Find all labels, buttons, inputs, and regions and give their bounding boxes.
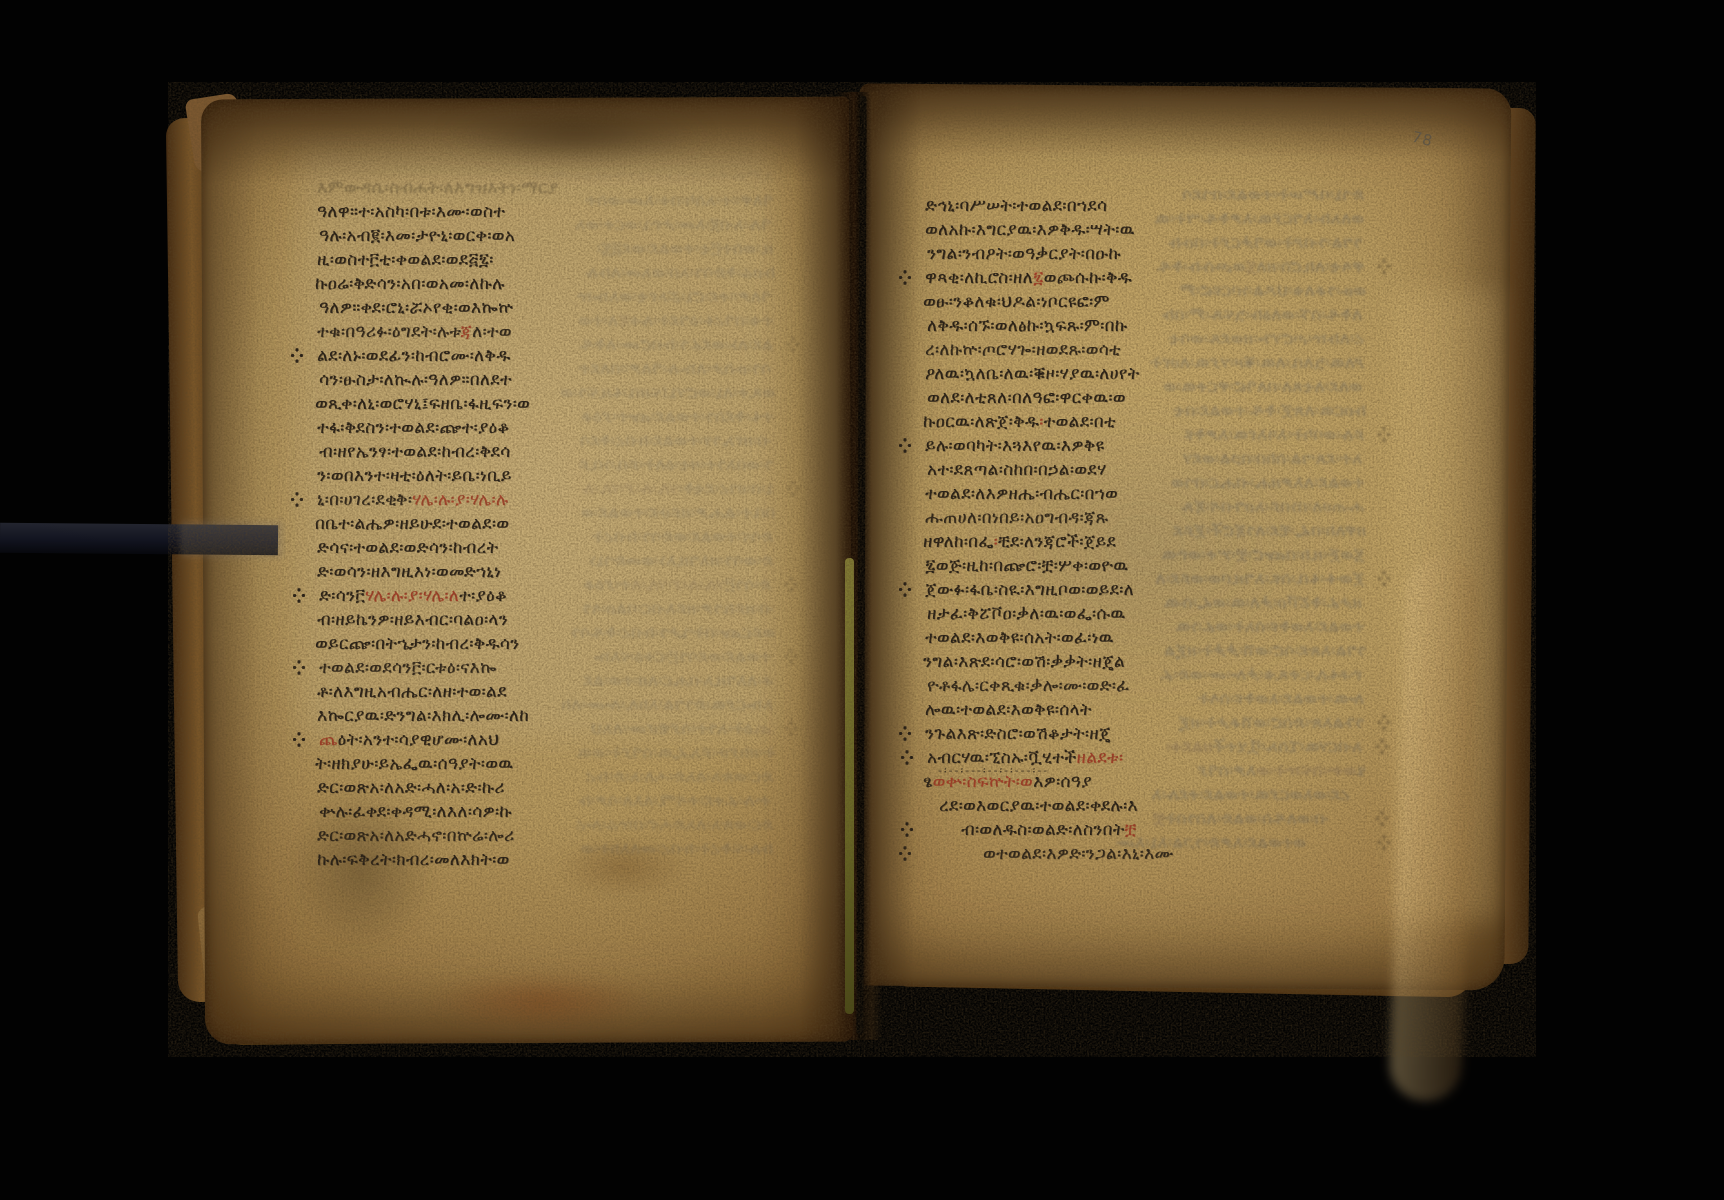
- text-line: ጀውፉ፡ፋቤ፡ስዪ፡እግዚቦወ፡ወይደ፡ለ: [925, 578, 1370, 602]
- ink-text: ተወልደ፡ለእዎዘሔ፡ብሔር፡በኀወ: [925, 484, 1118, 504]
- section-mark-icon: [292, 587, 306, 604]
- rubric-text: ፯: [1033, 268, 1044, 288]
- text-line: ቍሉ፡ፈቀደ፡ቀዳሚ፡ለእለ፡ሳዎ፡ኩ: [319, 800, 781, 824]
- text-line: ዓለዎ።ቀደ፡ሮኒ፡ሯኦየቂ፡ወእኰኵ: [319, 296, 781, 320]
- section-mark-icon: [898, 725, 912, 742]
- ink-text: ንጉልእጽ፡ድስሮ፡ወሽቆታት፡ዘጄ: [925, 724, 1111, 744]
- text-line: ሑጠሀለ፡በነበይ፡አዐግብዳ፡ጃጹ: [925, 506, 1370, 530]
- section-mark-icon: [1377, 258, 1391, 275]
- ink-text: ዓለዋ።ተ፡አስካ፡በቱ፡እሙ፡ወስተ: [317, 202, 505, 222]
- ink-text: ብ፡ዘየኤንፃ፡ተወልደ፡ከብረ፡ቅደሳ: [319, 442, 511, 462]
- section-mark-icon: [292, 731, 306, 748]
- ink-text: ድር፡ወጽአ፡ለአድሓኖ፡በኵሬ፡ሎሪ: [317, 826, 514, 846]
- text-line: ዘታፈ፡ቅፘቮዐ፡ቃለ፡ዉ፡ወፌ፡ሱዉ: [927, 602, 1372, 626]
- section-mark-icon: [1377, 714, 1391, 731]
- ink-text: ረ፡ለኩኵ፡ጦሮሃጐ፡ዘወደጹ፡ወሳቲ: [925, 340, 1121, 360]
- text-line: ሎዉ፡ተወልደ፡እወቅዩ፡ሰላት: [925, 698, 1370, 722]
- text-line: ተፋ፡ቅደስን፡ተወልደ፡ጬተ፡ያዕቆ: [317, 416, 779, 440]
- ink-text: ረደ፡ወእወርያዉ፡ተወልደ፡ቀደሉ፡እ: [939, 796, 1138, 816]
- text-line: በቤተ፡ልሔዎ፡ዘይሁደ፡ተወልደ፡ወ: [315, 512, 777, 536]
- section-mark-icon: [784, 576, 798, 593]
- text-line: ዋጻቂ፡ለኪሮስ፡ዘለ፯ወጮሱኩ፡ቅዱ: [925, 266, 1370, 290]
- text-line: ጨዕት፡አንተ፡ሳያዊሆሙ፡ለአህ: [319, 728, 781, 752]
- text-line: ፯ወጅ፡ዚከ፡በጬሮ፡ቿ፡ሦቀ፡ወዮዉ: [925, 554, 1370, 578]
- ink-text: ኩዐሬ፡ቅድሳን፡አበ፡ወአመ፡ለኩሉ: [315, 274, 505, 294]
- text-line: ዓሉ፡አብ፪፡እመ፡ታዮኒ፡ወርቀ፡ወአ: [319, 224, 781, 248]
- text-line: ንግል፡ንብዖት፡ወዓቃርያት፡በዑኩ: [927, 242, 1372, 266]
- ink-text: ዮቶፋሌ፡ርቀጺቁ፡ቃሎ፡ሙ፡ወድ፡ፈ: [927, 676, 1129, 696]
- ink-text: ብ፡ዘይኬንዎ፡ዘይእብር፡ባልዐ፡ላን: [317, 610, 508, 630]
- ink-text: ፄ: [923, 772, 933, 792]
- text-line: ብ፡ዘየኤንፃ፡ተወልደ፡ከብረ፡ቅደሳ: [319, 440, 781, 464]
- section-mark-icon: [786, 336, 800, 353]
- ink-text: ብ፡ወለዱስ፡ወልድ፡ለስንበት: [961, 820, 1125, 840]
- ink-text: ድ፡ወሳን፡ዘእግዚእነ፡ወመድኀኒነ: [317, 562, 501, 582]
- text-line: ረ፡ለኩኵ፡ጦሮሃጐ፡ዘወደጹ፡ወሳቲ: [925, 338, 1370, 362]
- ink-text: ድሳና፡ተወልደ፡ወድሳን፡ከብረት: [317, 538, 498, 558]
- ink-text: ቍሉ፡ፈቀደ፡ቀዳሚ፡ለእለ፡ሳዎ፡ኩ: [319, 802, 512, 822]
- text-line: ወለደ፡ለቲጸለ፡በለዓፎ፡ዋርቀዉ፡ወ: [927, 386, 1372, 410]
- ink-text: በቤተ፡ልሔዎ፡ዘይሁደ፡ተወልደ፡ወ: [315, 514, 509, 534]
- text-line: ይሉ፡ወባካት፡እጓእየዉ፡እዎቅዩ: [925, 434, 1370, 458]
- ink-text: ንግል፡ንብዖት፡ወዓቃርያት፡በዑኩ: [927, 244, 1121, 264]
- text-line: ዘዋለከ፡በፌ፡ቺደ፡ለንጃሮች፡ጀይደ: [923, 530, 1368, 554]
- ink-text: ተወልደ፡ወደሳን፫፡ርቱዕ፡ናእኰ: [319, 658, 497, 678]
- rubric-text: ዘልደቱ፡: [1077, 748, 1124, 768]
- ink-text: ጀውፉ፡ፋቤ፡ስዪ፡እግዚቦወ፡ወይደ፡ለ: [925, 580, 1134, 600]
- text-line: ተወልደ፡እወቅዩ፡ሰአት፡ወፈ፡ነዉ: [925, 626, 1370, 650]
- section-mark-icon: [1377, 426, 1391, 443]
- ink-text: ዘዋለከ፡በፌ: [923, 532, 994, 552]
- text-line: ኩዐርዉ፡ለጽጀ፡ቅዱ፡ተወልደ፡በቲ: [923, 410, 1368, 434]
- text-line: እምውዳሴ፡ስብሐት፡ለእግዝእትነ፡ማርያ: [317, 176, 779, 200]
- text-line: ልደ፡ለኑ፡ወደፊን፡ከብሮሙ፡ለቅዱ: [317, 344, 779, 368]
- ink-text: ተወልደ፡በቲ: [1044, 412, 1116, 432]
- ink-text: ድ፡ሳን፫: [319, 586, 365, 606]
- text-line: ድሳና፡ተወልደ፡ወድሳን፡ከብረት: [317, 536, 779, 560]
- section-mark-icon: [898, 269, 912, 286]
- ink-text: ዓለዎ።ቀደ፡ሮኒ፡ሯኦየቂ፡ወእኰኵ: [319, 298, 513, 318]
- ink-text: ንግል፡እጽደ፡ሳሮ፡ወሽ፡ቃቃት፡ዘጄል: [923, 652, 1125, 672]
- gutter-olive-page-edge: [845, 558, 854, 1014]
- section-mark-icon: [898, 437, 912, 454]
- ink-text: ፯ወጅ፡ዚከ፡በጬሮ፡ቿ፡ሦቀ፡ወዮዉ: [925, 556, 1128, 576]
- ink-text: ድር፡ወጽአ፡ለአድ፡ሓለ፡አ፡ድ፡ኩሪ: [317, 778, 505, 798]
- ink-text: ልደ፡ለኑ፡ወደፊን፡ከብሮሙ፡ለቅዱ: [317, 346, 511, 366]
- ink-text: እምውዳሴ፡ስብሐት፡ለእግዝእትነ፡ማርያ: [317, 178, 558, 198]
- text-line: ኒ፡በ፡ሀገረ፡ደቂቅ፡ሃሌ፡ሉ፡ያ፡ሃሌ፡ሉ: [317, 488, 779, 512]
- section-mark-icon: [786, 480, 800, 497]
- text-line: ብ፡ዘይኬንዎ፡ዘይእብር፡ባልዐ፡ላን: [317, 608, 779, 632]
- section-mark-icon: [900, 749, 914, 766]
- text-line: ዮቶፋሌ፡ርቀጺቁ፡ቃሎ፡ሙ፡ወድ፡ፈ: [927, 674, 1372, 698]
- ink-text: ተወልደ፡እወቅዩ፡ሰአት፡ወፈ፡ነዉ: [925, 628, 1114, 648]
- ink-text: ተ፡ያዕቆ: [459, 586, 507, 606]
- ink-text: ለ፡ተወ: [472, 322, 512, 342]
- ink-text: ቶ፡ለእግዚአብሔር፡ለዘ፡ተወ፡ልደ: [317, 682, 507, 702]
- section-mark-icon: [784, 720, 798, 737]
- ink-text: እኰርያዉ፡ድንግል፡እክሊ፡ሎሙ፡ለከ: [317, 706, 529, 726]
- text-line: አተ፡ደጸጣል፡ስከበ፡በኃል፡ወደሃ: [927, 458, 1372, 482]
- text-line: ድ፡ሳን፫ሃሌ፡ሉ፡ያ፡ሃሌ፡ለተ፡ያዕቆ: [319, 584, 781, 608]
- ink-text: ወይርጬ፡በትኄታን፡ከብረ፡ቅዱሳን: [315, 634, 519, 654]
- ink-text: ዘታፈ፡ቅፘቮዐ፡ቃለ፡ዉ፡ወፌ፡ሱዉ: [927, 604, 1126, 624]
- ink-text: ተፋ፡ቅደስን፡ተወልደ፡ጬተ፡ያዕቆ: [317, 418, 509, 438]
- ink-text: ኒ፡በ፡ሀገረ፡ደቂቅ፡: [317, 490, 412, 510]
- ink-text: ሑጠሀለ፡በነበይ፡አዐግብዳ፡ጃጹ: [925, 508, 1108, 528]
- text-line: ድኅኒ፡ባሥሠት፡ተወልደ፡በኀደሳ: [925, 194, 1370, 218]
- text-line: ወፁ፡ንቆለቁ፡ህዶል፡ነቦርዩፎ፡ም: [923, 290, 1368, 314]
- text-line: ዚ፡ወስተ፫ቲ፡ቀወልደ፡ወደ፭፯፡: [317, 248, 779, 272]
- ink-text: ወፁ፡ንቆለቁ፡ህዶል፡ነቦርዩፎ፡ም: [923, 292, 1110, 312]
- ink-text: ቺደ፡ለንጃሮች፡ጀይደ: [998, 532, 1116, 552]
- text-line: ንጉልእጽ፡ድስሮ፡ወሽቆታት፡ዘጄ: [925, 722, 1370, 746]
- text-line: ተወልደ፡ወደሳን፫፡ርቱዕ፡ናእኰ: [319, 656, 781, 680]
- text-line: እኰርያዉ፡ድንግል፡እክሊ፡ሎሙ፡ለከ: [317, 704, 779, 728]
- ink-text: ይሉ፡ወባካት፡እጓእየዉ፡እዎቅዩ: [925, 436, 1104, 456]
- rubric-text: ጃ: [461, 322, 473, 342]
- text-line: ወይርጬ፡በትኄታን፡ከብረ፡ቅዱሳን: [315, 632, 777, 656]
- text-line: ተወልደ፡ለእዎዘሔ፡ብሔር፡በኀወ: [925, 482, 1370, 506]
- ink-text: ን፡ወበእንተ፡ዛቲ፡ዕለት፡ይቤ፡ነቢይ: [317, 466, 512, 486]
- text-line: ዓለዋ።ተ፡አስካ፡በቱ፡እሙ፡ወስተ: [317, 200, 779, 224]
- ink-text: ዚ፡ወስተ፫ቲ፡ቀወልደ፡ወደ፭፯፡: [317, 250, 494, 270]
- text-line: ኩዐሬ፡ቅድሳን፡አበ፡ወአመ፡ለኩሉ: [315, 272, 777, 296]
- section-mark-icon: [784, 648, 798, 665]
- text-line: ድር፡ወጽአ፡ለአድሓኖ፡በኵሬ፡ሎሪ: [317, 824, 779, 848]
- section-mark-icon: [1375, 738, 1389, 755]
- ink-text: ወለአኩ፡እግርያዉ፡እዎቅዱ፡ሣት፡ዉ: [925, 220, 1135, 240]
- text-line: ቶ፡ለእግዚአብሔር፡ለዘ፡ተወ፡ልደ: [317, 680, 779, 704]
- ink-text: ወጺቀ፡ለኒ፡ወሮሃኒ፤ፍዘቤ፡ፋዚፍን፡ወ: [315, 394, 530, 414]
- ink-text: ዖለዉ፡ኳለቤ፡ለዉ፡ቑዞ፡ሃያዉ፡ለሀየት: [925, 364, 1140, 384]
- section-mark-icon: [898, 845, 912, 862]
- text-line: ረደ፡ወእወርያዉ፡ተወልደ፡ቀደሉ፡እ: [925, 794, 1370, 818]
- ink-text: ወጮሱኩ፡ቅዱ: [1044, 268, 1132, 288]
- ink-text: ወለደ፡ለቲጸለ፡በለዓፎ፡ዋርቀዉ፡ወ: [927, 388, 1126, 408]
- section-mark-icon: [898, 581, 912, 598]
- ink-text: ዋጻቂ፡ለኪሮስ፡ዘለ: [925, 268, 1033, 288]
- text-line: ድር፡ወጽአ፡ለአድ፡ሓለ፡አ፡ድ፡ኩሪ: [317, 776, 779, 800]
- rubric-text: ጨ: [319, 730, 338, 750]
- book-strap: [0, 523, 278, 555]
- ink-text: ወተወልደ፡እዎድ፡ንጋል፡እኒ፡እሙ: [983, 844, 1174, 864]
- rubric-text: ቿ: [1125, 820, 1137, 840]
- ink-text: ዕት፡አንተ፡ሳያዊሆሙ፡ለአህ: [338, 730, 500, 750]
- ink-text: ድኅኒ፡ባሥሠት፡ተወልደ፡በኀደሳ: [925, 196, 1107, 216]
- ink-text: ተቁ፡በዓሪፉ፡ዕግደት፡ሉቱ: [317, 322, 461, 342]
- ink-text: ሎዉ፡ተወልደ፡እወቅዩ፡ሰላት: [925, 700, 1092, 720]
- ink-text: ት፡ዘክያሁ፡ይኤፌዉ፡ሰዓያት፡ወዉ: [315, 754, 513, 774]
- text-line: ንግል፡እጽደ፡ሳሮ፡ወሽ፡ቃቃት፡ዘጄል: [923, 650, 1368, 674]
- section-mark-icon: [292, 659, 306, 676]
- section-mark-icon: [1375, 810, 1389, 827]
- section-mark-icon: [1377, 834, 1391, 851]
- text-line: ብ፡ወለዱስ፡ወልድ፡ለስንበትቿ: [927, 818, 1372, 842]
- rubric-text: ሃሌ፡ሉ፡ያ፡ሃሌ፡ለ: [365, 586, 459, 606]
- text-line: ወጺቀ፡ለኒ፡ወሮሃኒ፤ፍዘቤ፡ፋዚፍን፡ወ: [315, 392, 777, 416]
- text-line: ሳን፡ፁስታ፡ለኲሉ፡ዓለዎ።በለደተ: [319, 368, 781, 392]
- text-line: ድ፡ወሳን፡ዘእግዚእነ፡ወመድኀኒነ: [317, 560, 779, 584]
- ink-text: ኩዐርዉ፡ለጽጀ፡ቅዱ: [923, 412, 1039, 432]
- section-mark-icon: [290, 347, 304, 364]
- text-line: ን፡ወበእንተ፡ዛቲ፡ዕለት፡ይቤ፡ነቢይ: [317, 464, 779, 488]
- rubric-text: ሃሌ፡ሉ፡ያ፡ሃሌ፡ሉ: [412, 490, 508, 510]
- ink-text: ለቅዱ፡ሰኙ፡ወለፅኩ፡ኳፍጹ፡ም፡በኩ: [927, 316, 1127, 336]
- section-mark-icon: [290, 491, 304, 508]
- left-page-text-block: እምውዳሴ፡ስብሐት፡ለእግዝእትነ፡ማርያዓለዋ።ተ፡አስካ፡በቱ፡እሙ፡ወስ…: [317, 176, 779, 872]
- text-line: ወተወልደ፡እዎድ፡ንጋል፡እኒ፡እሙ: [925, 842, 1370, 866]
- text-line: ለቅዱ፡ሰኙ፡ወለፅኩ፡ኳፍጹ፡ም፡በኩ: [927, 314, 1372, 338]
- interlinear-correction-marks: -፡--፡---፡--፡-፡---፡--: [938, 764, 1049, 778]
- text-line: ዖለዉ፡ኳለቤ፡ለዉ፡ቑዞ፡ሃያዉ፡ለሀየት: [925, 362, 1370, 386]
- ink-text: ኩሉ፡ፍቅረት፡ክብረ፡መለእክት፡ወ: [317, 850, 510, 870]
- text-line: ተቁ፡በዓሪፉ፡ዕግደት፡ሉቱጃለ፡ተወ: [317, 320, 779, 344]
- text-line: ት፡ዘክያሁ፡ይኤፌዉ፡ሰዓያት፡ወዉ: [315, 752, 777, 776]
- ink-text: ዓሉ፡አብ፪፡እመ፡ታዮኒ፡ወርቀ፡ወአ: [319, 226, 515, 246]
- manuscript-photo: እምውዳሴ፡ስብሐት፡ለእግዝእትነ፡ማርያዓለዋ።ተ፡አስካ፡በቱ፡እሙ፡ወስ…: [0, 0, 1724, 1200]
- section-mark-icon: [900, 821, 914, 838]
- ink-text: አተ፡ደጸጣል፡ስከበ፡በኃል፡ወደሃ: [927, 460, 1106, 480]
- text-line: ወለአኩ፡እግርያዉ፡እዎቅዱ፡ሣት፡ዉ: [925, 218, 1370, 242]
- section-mark-icon: [1377, 570, 1391, 587]
- ink-text: ሳን፡ፁስታ፡ለኲሉ፡ዓለዎ።በለደተ: [319, 370, 512, 390]
- text-line: ኩሉ፡ፍቅረት፡ክብረ፡መለእክት፡ወ: [317, 848, 779, 872]
